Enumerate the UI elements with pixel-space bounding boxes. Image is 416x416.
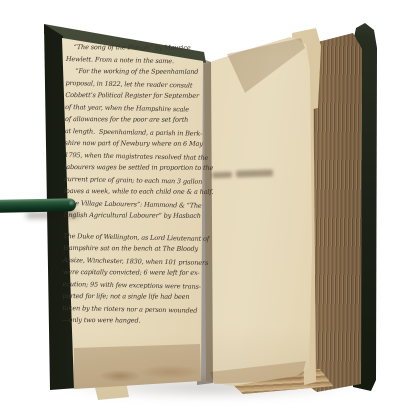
- manuscript-line: “For the working of the Speenhamland: [66, 65, 208, 78]
- manuscript-line: loaves a week, while to each child one &…: [64, 185, 206, 198]
- green-pencil: [0, 198, 76, 213]
- pencil-shadow: [26, 212, 78, 219]
- manuscript-line: English Agricultural Labourer” by Hasbac…: [64, 209, 206, 222]
- photo-of-open-book: “The song of the Plough” by MauriceHewle…: [0, 0, 416, 416]
- manuscript-line: of allowances for the poor are set forth: [65, 113, 207, 126]
- manuscript-note-text: “The song of the Plough” by MauriceHewle…: [62, 41, 208, 345]
- manuscript-line: Hampshire sat on the bench at The Bloody: [63, 242, 205, 255]
- manuscript-line: shire now part of Newbury where on 6 May: [65, 137, 207, 150]
- show-through-text: [236, 169, 273, 177]
- show-through-text: [212, 172, 232, 179]
- manuscript-line: labourers wages be settled in proportion…: [64, 161, 206, 174]
- manuscript-line: “The song of the Plough” by Maurice: [66, 41, 208, 54]
- manuscript-line: were capitally convicted; 6 were left fo…: [63, 266, 205, 279]
- manuscript-line: —only two were hanged.: [62, 314, 204, 327]
- manuscript-line: Cobbett’s Political Register for Septemb…: [65, 89, 207, 102]
- manuscript-line: ported for life; not a single life had b…: [63, 290, 205, 303]
